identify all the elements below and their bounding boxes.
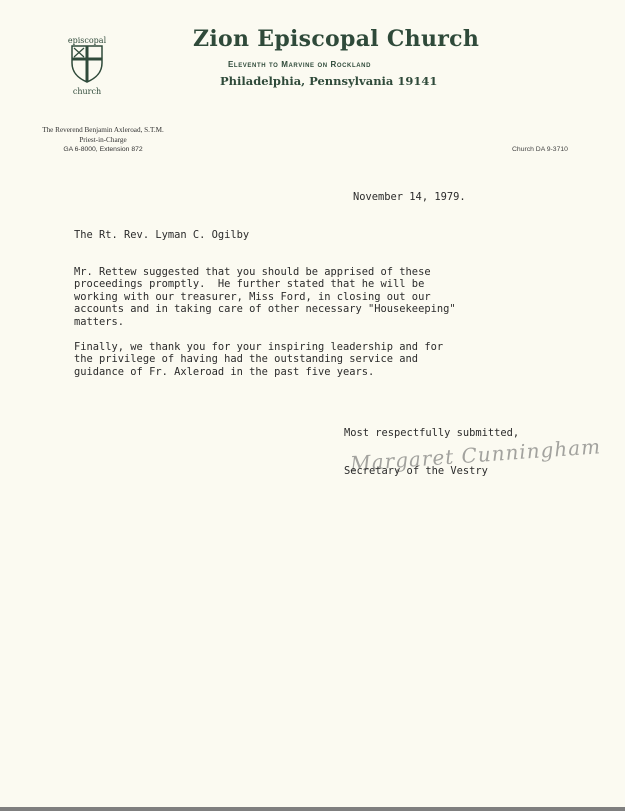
rector-name: The Reverend Benjamin Axleroad, S.T.M. xyxy=(28,125,178,135)
church-address: Eleventh to Marvine on Rockland xyxy=(228,60,371,69)
letter-paragraph: Finally, we thank you for your inspiring… xyxy=(74,341,443,378)
rector-block: The Reverend Benjamin Axleroad, S.T.M. P… xyxy=(28,125,178,155)
logo-bottom-text: church xyxy=(62,87,112,96)
church-phone: Church DA 9-3710 xyxy=(512,146,568,153)
letter-date: November 14, 1979. xyxy=(353,191,466,203)
church-city: Philadelphia, Pennsylvania 19141 xyxy=(220,74,437,88)
church-logo: episcopal church xyxy=(62,36,112,92)
letter-paragraph: Mr. Rettew suggested that you should be … xyxy=(74,266,456,328)
signer-title: Secretary of the Vestry xyxy=(344,465,488,477)
logo-top-text: episcopal xyxy=(62,36,112,45)
letter-recipient: The Rt. Rev. Lyman C. Ogilby xyxy=(74,229,249,241)
rector-title: Priest-in-Charge xyxy=(28,135,178,145)
episcopal-shield-icon xyxy=(70,45,104,83)
rector-phone: GA 6-8000, Extension 872 xyxy=(28,145,178,155)
scan-edge xyxy=(0,807,625,811)
church-name: Zion Episcopal Church xyxy=(193,26,479,52)
letter-closing: Most respectfully submitted, xyxy=(344,427,519,439)
